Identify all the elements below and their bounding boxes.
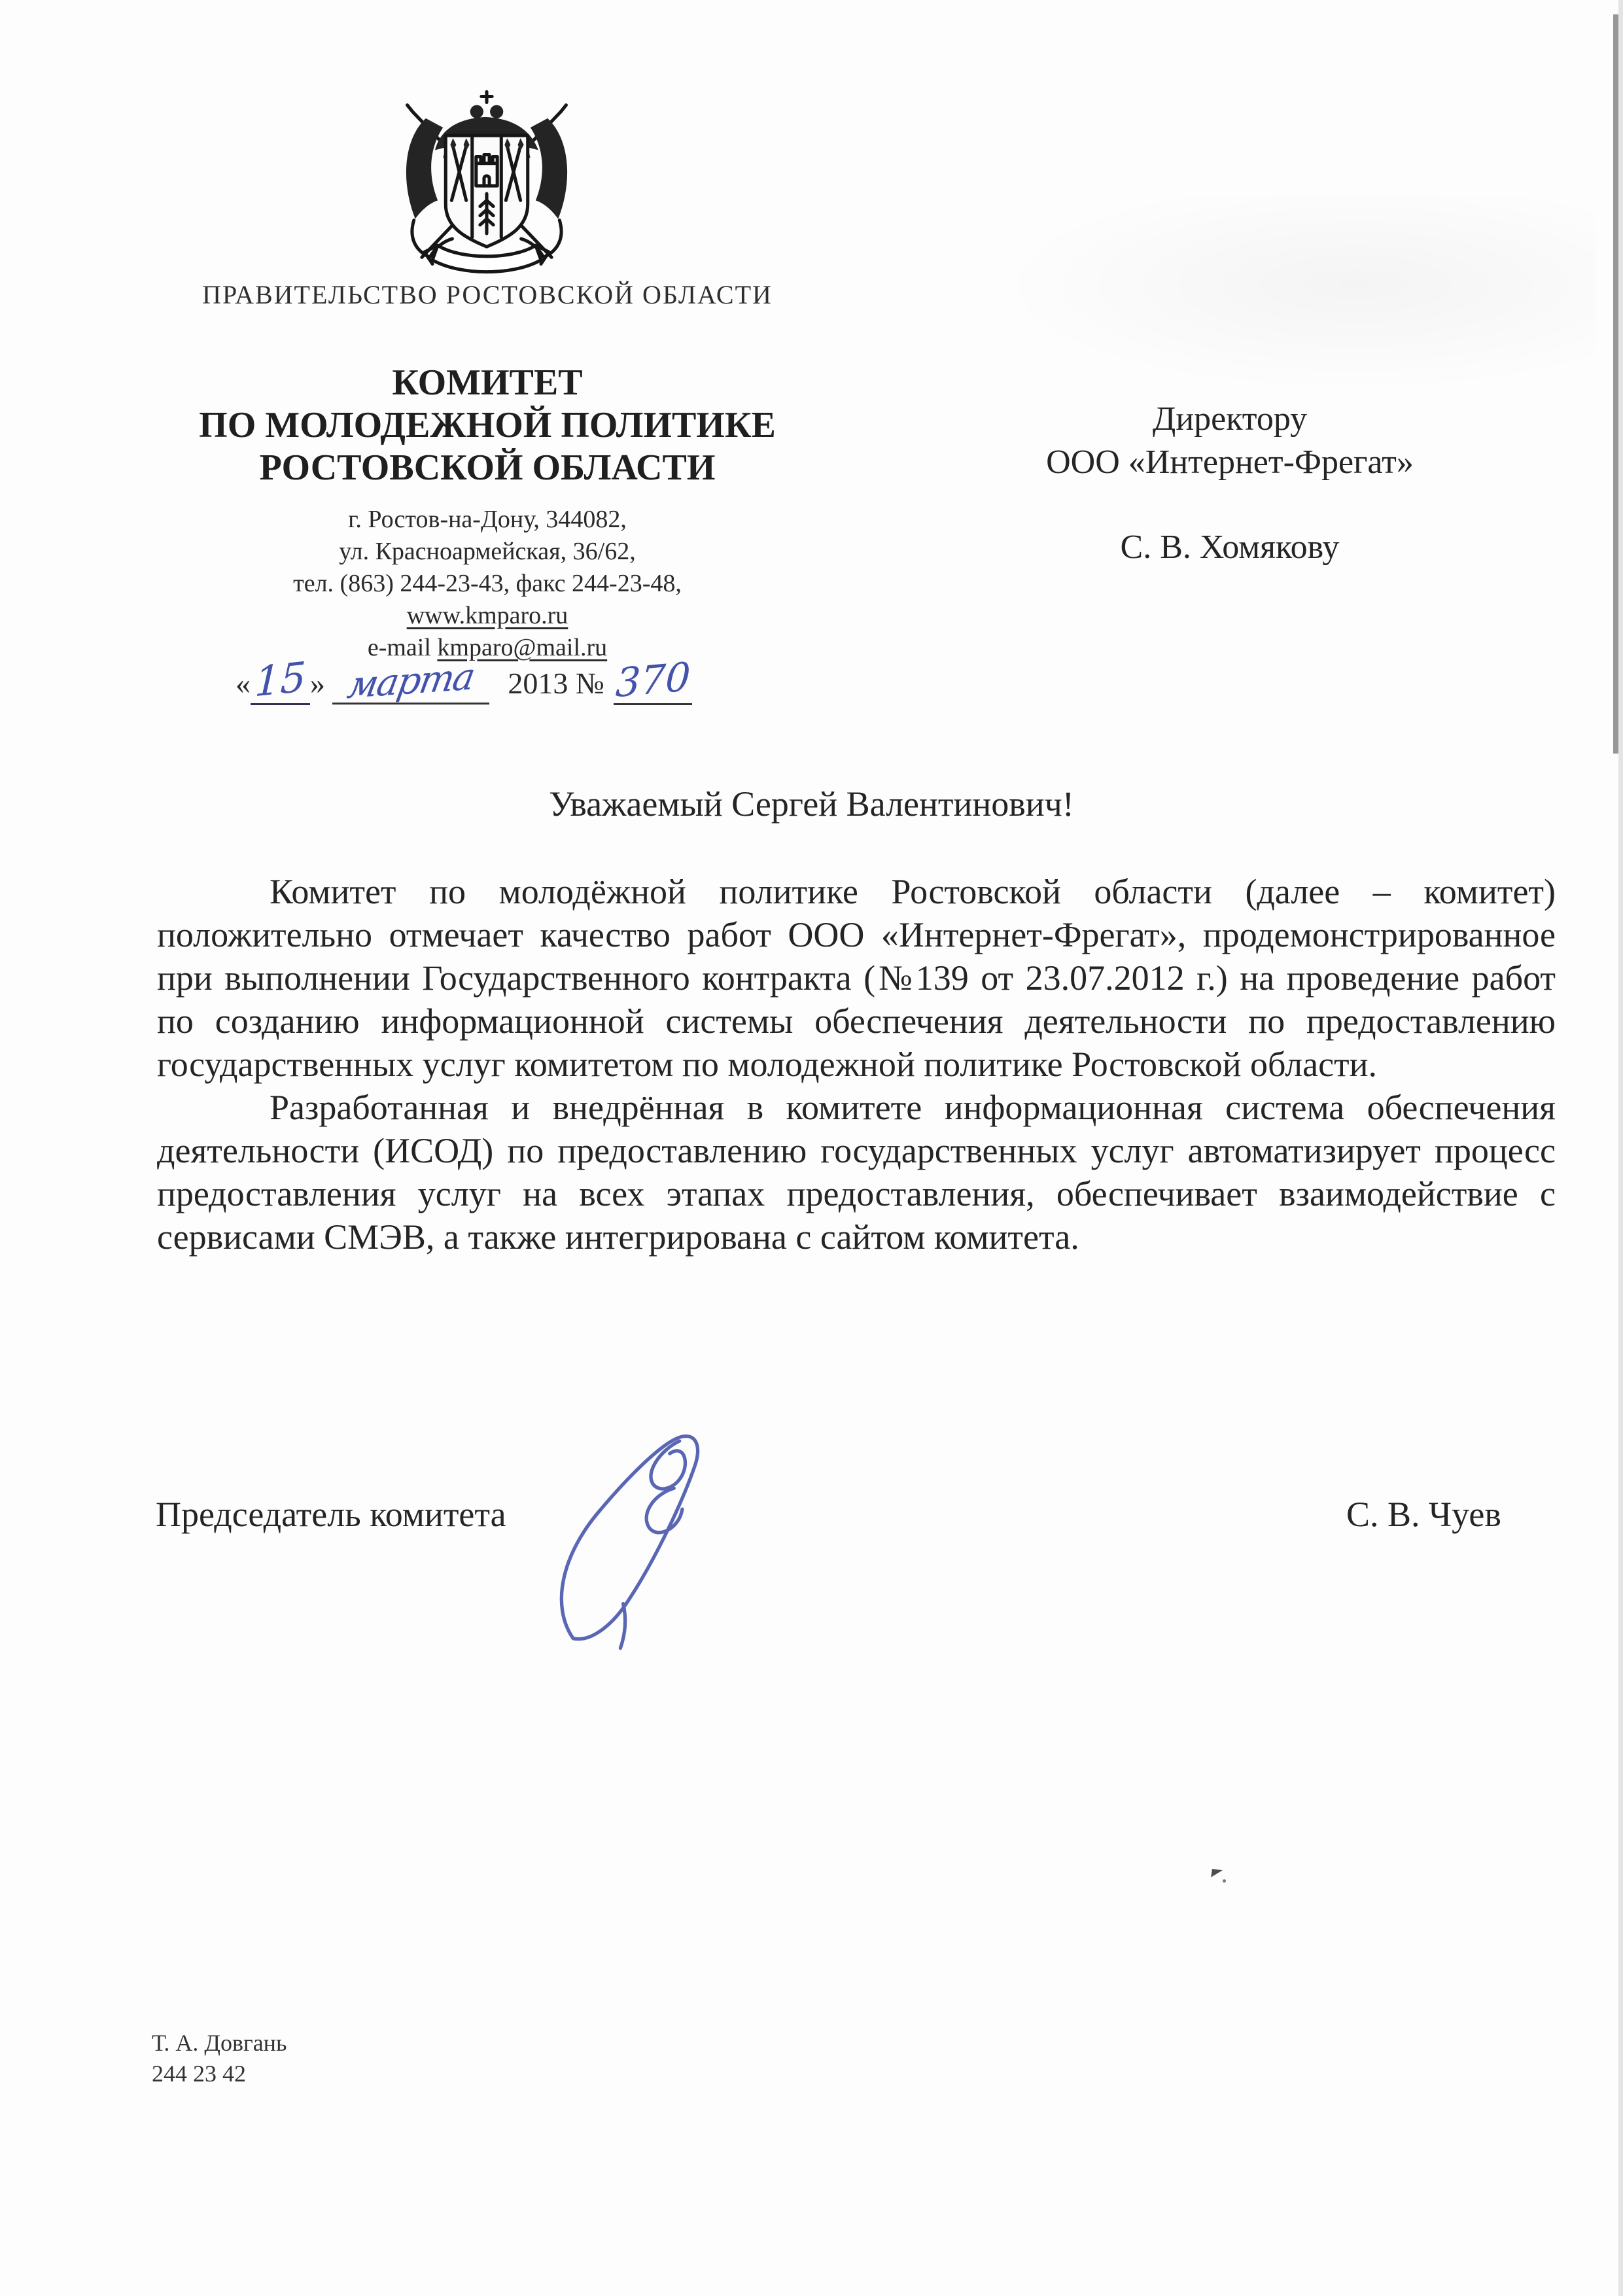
scan-edge-strip-light <box>1618 0 1623 2296</box>
executor-phone: 244 23 42 <box>152 2059 287 2089</box>
date-open-quote: « <box>236 666 251 701</box>
recipient-block: Директору ООО «Интернет-Фрегат» С. В. Хо… <box>968 398 1492 569</box>
letter-body: Комитет по молодёжной политике Ростовско… <box>157 870 1556 1259</box>
sender-address-city: г. Ростов-на-Дону, 344082, <box>128 504 847 536</box>
scan-noise-patch <box>994 196 1596 392</box>
signature-title: Председатель комитета <box>156 1494 506 1535</box>
sender-address-block: г. Ростов-на-Дону, 344082, ул. Красноарм… <box>128 504 847 664</box>
handwritten-day: 15 <box>254 653 307 706</box>
sender-org-name-line-3: РОСТОВСКОЙ ОБЛАСТИ <box>128 447 847 489</box>
ink-smudge <box>1212 1868 1229 1885</box>
sender-phone-fax: тел. (863) 244-23-43, факс 244-23-48, <box>128 568 847 600</box>
scanned-letter: ПРАВИТЕЛЬСТВО РОСТОВСКОЙ ОБЛАСТИ КОМИТЕТ… <box>0 0 1623 2296</box>
sender-org-name-line-1: КОМИТЕТ <box>128 362 847 404</box>
handwritten-month: марта <box>345 655 478 707</box>
coat-of-arms-icon <box>374 89 599 275</box>
executor-name: Т. А. Довгань <box>152 2028 287 2059</box>
signature-name: С. В. Чуев <box>1346 1494 1501 1535</box>
sender-address-street: ул. Красноармейская, 36/62, <box>128 536 847 568</box>
sender-website: www.kmparo.ru <box>407 602 568 629</box>
body-paragraph-1: Комитет по молодёжной политике Ростовско… <box>157 870 1556 1086</box>
government-header: ПРАВИТЕЛЬСТВО РОСТОВСКОЙ ОБЛАСТИ <box>95 279 880 310</box>
body-paragraph-2: Разработанная и внедрённая в комитете ин… <box>157 1086 1556 1259</box>
salutation: Уважаемый Сергей Валентинович! <box>0 784 1623 824</box>
recipient-name: С. В. Хомякову <box>968 526 1492 569</box>
executor-block: Т. А. Довгань 244 23 42 <box>152 2028 287 2089</box>
date-year-and-number-sign: 2013 № <box>508 666 604 701</box>
sender-org-name-line-2: ПО МОЛОДЕЖНОЙ ПОЛИТИКЕ <box>128 404 847 447</box>
scan-edge-strip-dark <box>1613 14 1618 754</box>
handwritten-doc-number: 370 <box>614 654 691 707</box>
handwritten-signature-icon <box>555 1430 744 1652</box>
sender-org-name: КОМИТЕТ ПО МОЛОДЕЖНОЙ ПОЛИТИКЕ РОСТОВСКО… <box>128 362 847 489</box>
date-line: «15» марта2013 №370 <box>236 655 759 705</box>
recipient-company: ООО «Интернет-Фрегат» <box>968 441 1492 484</box>
date-close-quote: » <box>310 666 325 701</box>
recipient-position: Директору <box>968 398 1492 441</box>
